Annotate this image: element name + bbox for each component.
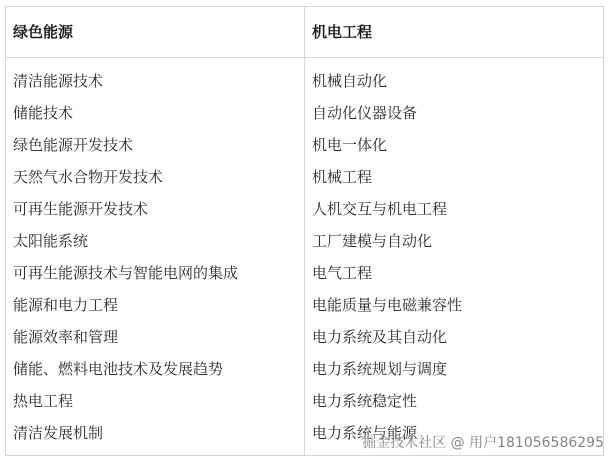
table-cell: 热电工程 bbox=[13, 385, 238, 417]
table-cell: 太阳能系统 bbox=[13, 225, 238, 257]
table-cell: 天然气水合物开发技术 bbox=[13, 161, 238, 193]
table-cell: 人机交互与机电工程 bbox=[312, 193, 462, 225]
table-cell: 电能质量与电磁兼容性 bbox=[312, 289, 462, 321]
table-cell: 电力系统稳定性 bbox=[312, 385, 462, 417]
table-cell: 储能技术 bbox=[13, 97, 238, 129]
table-cell: 工厂建模与自动化 bbox=[312, 225, 462, 257]
table-cell: 清洁能源技术 bbox=[13, 65, 238, 97]
topics-table: 绿色能源 机电工程 清洁能源技术 储能技术 绿色能源开发技术 天然气水合物开发技… bbox=[5, 6, 604, 456]
header-divider bbox=[6, 57, 603, 58]
column-divider bbox=[304, 7, 305, 455]
table-cell: 储能、燃料电池技术及发展趋势 bbox=[13, 353, 238, 385]
table-cell: 电力系统及其自动化 bbox=[312, 321, 462, 353]
table-cell: 自动化仪器设备 bbox=[312, 97, 462, 129]
watermark: 掘金技术社区 @ 用户181056586295 bbox=[362, 432, 604, 452]
table-cell: 绿色能源开发技术 bbox=[13, 129, 238, 161]
table-cell: 机械自动化 bbox=[312, 65, 462, 97]
table-cell: 可再生能源开发技术 bbox=[13, 193, 238, 225]
table-cell: 电气工程 bbox=[312, 257, 462, 289]
header-green-energy: 绿色能源 bbox=[13, 7, 73, 57]
table-cell: 可再生能源技术与智能电网的集成 bbox=[13, 257, 238, 289]
table-cell: 机电一体化 bbox=[312, 129, 462, 161]
table-cell: 电力系统规划与调度 bbox=[312, 353, 462, 385]
table-cell: 能源效率和管理 bbox=[13, 321, 238, 353]
table-cell: 机械工程 bbox=[312, 161, 462, 193]
table-cell: 清洁发展机制 bbox=[13, 417, 238, 449]
table-cell: 能源和电力工程 bbox=[13, 289, 238, 321]
column-green-energy: 清洁能源技术 储能技术 绿色能源开发技术 天然气水合物开发技术 可再生能源开发技… bbox=[13, 65, 238, 449]
header-mechatronics: 机电工程 bbox=[312, 7, 372, 57]
column-mechatronics: 机械自动化 自动化仪器设备 机电一体化 机械工程 人机交互与机电工程 工厂建模与… bbox=[312, 65, 462, 449]
